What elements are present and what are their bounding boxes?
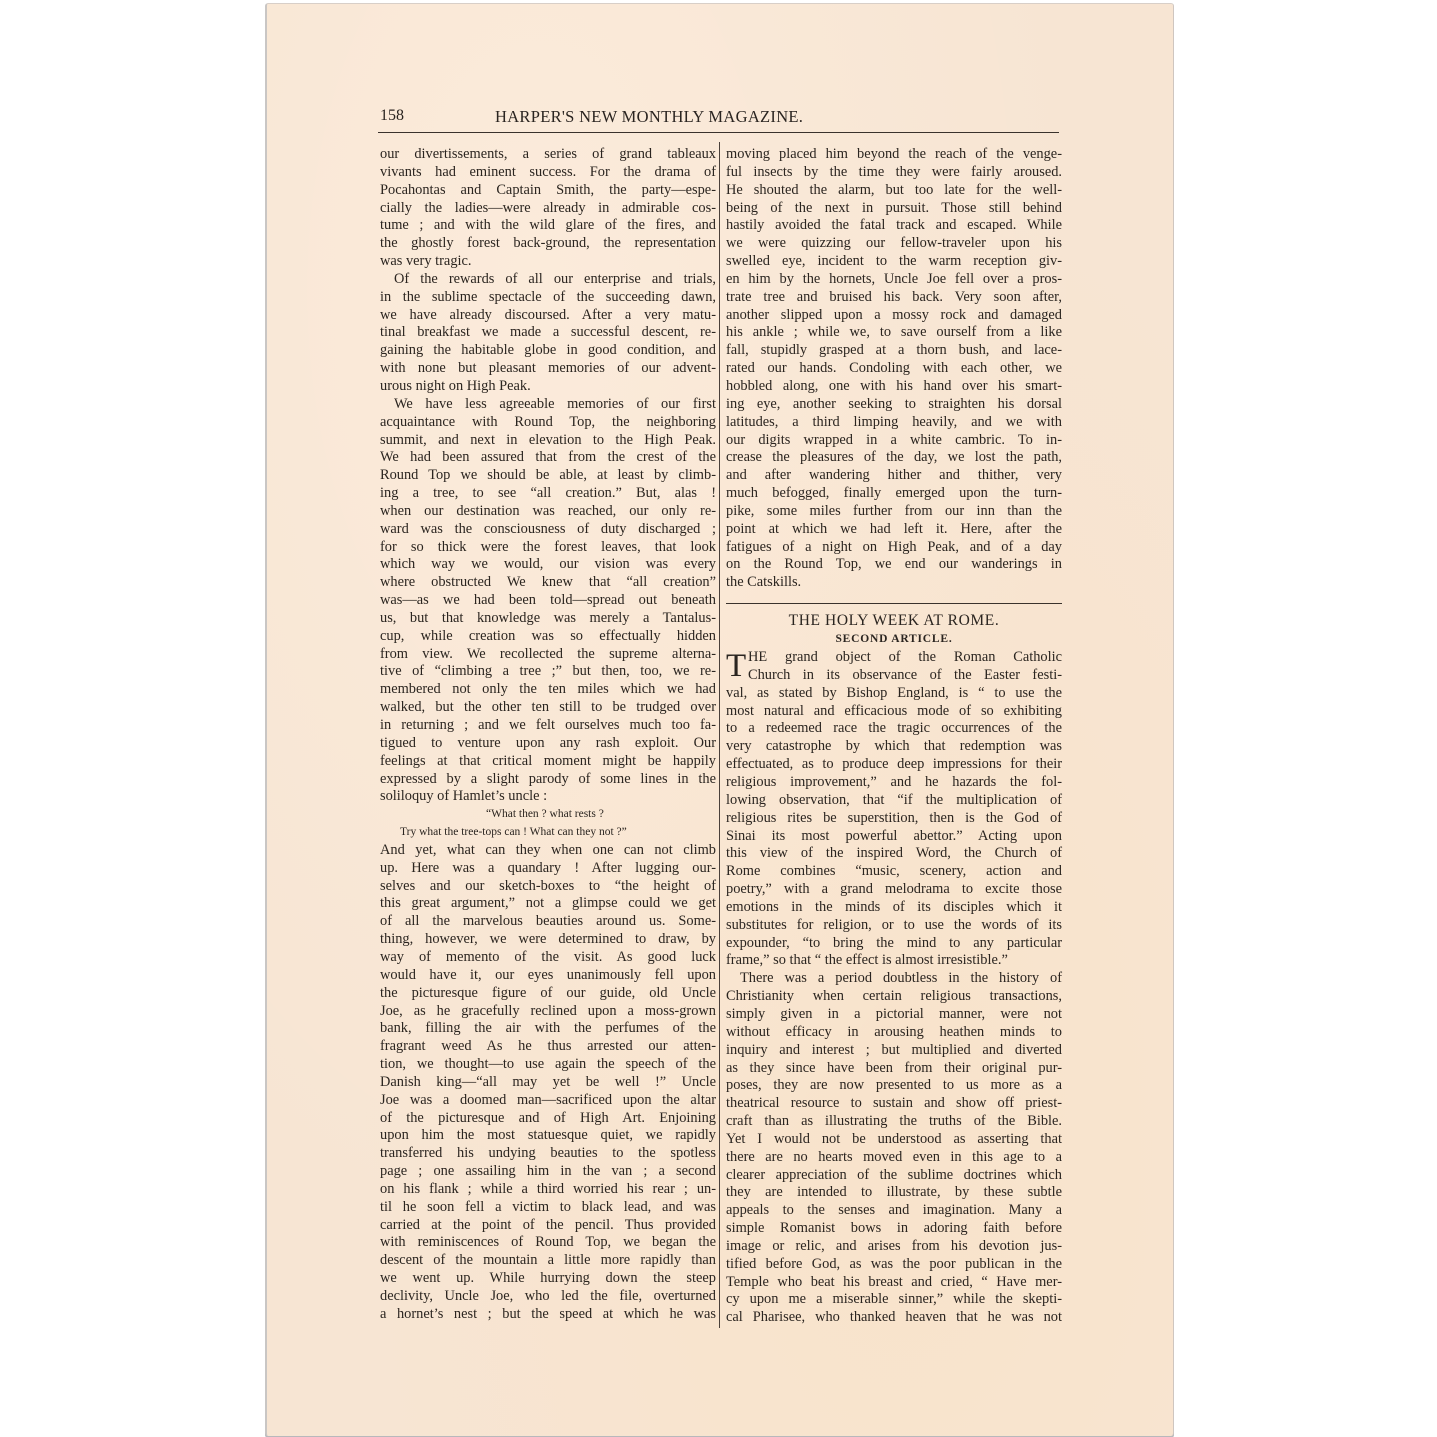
text-line: to a redeemed race the tragic occurrence… bbox=[726, 720, 1062, 738]
text-line: Joe was a doomed man—sacrificed upon the… bbox=[380, 1092, 716, 1110]
column-divider bbox=[719, 142, 720, 1328]
drop-cap: T bbox=[726, 650, 746, 683]
text-line: simple Romanist bows in adoring faith be… bbox=[726, 1220, 1062, 1238]
poem-line: Try what the tree-tops can ! What can th… bbox=[380, 824, 716, 842]
text-line: hastily avoided the fatal track and esca… bbox=[726, 217, 1062, 235]
text-line: cy upon me a miserable sinner,” while th… bbox=[726, 1291, 1062, 1309]
header-rule bbox=[378, 132, 1059, 133]
text-line: the ghostly forest back-ground, the repr… bbox=[380, 235, 716, 253]
text-line: on the Round Top, we end our wanderings … bbox=[726, 556, 1062, 574]
text-line: til he soon fell a victim to black lead,… bbox=[380, 1199, 716, 1217]
text-line: Temple who beat his breast and cried, “ … bbox=[726, 1274, 1062, 1292]
text-line: we went up. While hurrying down the stee… bbox=[380, 1270, 716, 1288]
left-column: our divertissements, a series of grand t… bbox=[380, 146, 716, 1324]
text-line: this great argument,” not a glimpse coul… bbox=[380, 895, 716, 913]
text-line: cially the ladies—were already in admira… bbox=[380, 200, 716, 218]
text-line: We have less agreeable memories of our f… bbox=[380, 396, 716, 414]
text-line: there are no hearts moved even in this a… bbox=[726, 1149, 1062, 1167]
text-line: our digits wrapped in a white cambric. T… bbox=[726, 432, 1062, 450]
text-line: when our destination was reached, our on… bbox=[380, 503, 716, 521]
text-line: transferred his undying beauties to the … bbox=[380, 1145, 716, 1163]
text-line: which way we would, our vision was every bbox=[380, 556, 716, 574]
text-line: effectuated, as to produce deep impressi… bbox=[726, 756, 1062, 774]
text-line: Church in its observance of the Easter f… bbox=[726, 667, 1062, 685]
text-line: vivants had eminent success. For the dra… bbox=[380, 164, 716, 182]
text-line: acquaintance with Round Top, the neighbo… bbox=[380, 414, 716, 432]
text-line: ward was the consciousness of duty disch… bbox=[380, 521, 716, 539]
text-line: another slipped upon a mossy rock and da… bbox=[726, 307, 1062, 325]
text-line: carried at the point of the pencil. Thus… bbox=[380, 1217, 716, 1235]
text-line: en him by the hornets, Uncle Joe fell ov… bbox=[726, 271, 1062, 289]
text-line: we have already discoursed. After a very… bbox=[380, 307, 716, 325]
running-title: HARPER'S NEW MONTHLY MAGAZINE. bbox=[495, 107, 803, 127]
text-line: emotions in the minds of its disciples w… bbox=[726, 899, 1062, 917]
text-line: with reminiscences of Round Top, we bega… bbox=[380, 1234, 716, 1252]
text-line: Danish king—“all may yet be well !” Uncl… bbox=[380, 1074, 716, 1092]
page-header: 158 HARPER'S NEW MONTHLY MAGAZINE. bbox=[380, 107, 1175, 133]
text-line: in returning ; and we felt ourselves muc… bbox=[380, 717, 716, 735]
text-line: bank, filling the air with the perfumes … bbox=[380, 1020, 716, 1038]
text-line: theatrical resource to sustain and show … bbox=[726, 1095, 1062, 1113]
text-line: tinal breakfast we made a successful des… bbox=[380, 324, 716, 342]
text-line: expressed by a slight parody of some lin… bbox=[380, 771, 716, 789]
text-line: for so thick were the forest leaves, tha… bbox=[380, 539, 716, 557]
section-rule bbox=[726, 594, 1062, 604]
poem-line: “What then ? what rests ? bbox=[380, 806, 716, 824]
magazine-page: 158 HARPER'S NEW MONTHLY MAGAZINE. our d… bbox=[265, 3, 1174, 1436]
text-line: walked, but the other ten still to be tr… bbox=[380, 699, 716, 717]
text-line: being of the next in pursuit. Those stil… bbox=[726, 200, 1062, 218]
text-line: religious improvement,” and he hazards t… bbox=[726, 774, 1062, 792]
text-line: a hornet’s nest ; but the speed at which… bbox=[380, 1306, 716, 1324]
text-line: ful insects by the time they were fairly… bbox=[726, 164, 1062, 182]
text-line: swelled eye, incident to the warm recept… bbox=[726, 253, 1062, 271]
text-line: up. Here was a quandary ! After lugging … bbox=[380, 860, 716, 878]
text-line: pike, some miles further from our inn th… bbox=[726, 503, 1062, 521]
text-line: selves and our sketch-boxes to “the heig… bbox=[380, 878, 716, 896]
text-line: with none but pleasant memories of our a… bbox=[380, 360, 716, 378]
text-line: He shouted the alarm, but too late for t… bbox=[726, 182, 1062, 200]
text-line: Of the rewards of all our enterprise and… bbox=[380, 271, 716, 289]
text-line: trate tree and bruised his back. Very so… bbox=[726, 289, 1062, 307]
text-line: summit, and next in elevation to the Hig… bbox=[380, 432, 716, 450]
text-line: clearer appreciation of the sublime doct… bbox=[726, 1167, 1062, 1185]
text-line: urous night on High Peak. bbox=[380, 378, 716, 396]
text-line: frame,” so that “ the effect is almost i… bbox=[726, 952, 1062, 970]
text-line: Joe, as he gracefully reclined upon a mo… bbox=[380, 1003, 716, 1021]
text-line: soliloquy of Hamlet’s uncle : bbox=[380, 788, 716, 806]
text-line: Sinai its most powerful abettor.” Acting… bbox=[726, 828, 1062, 846]
text-line: cal Pharisee, who thanked heaven that he… bbox=[726, 1309, 1062, 1327]
text-line: declivity, Uncle Joe, who led the file, … bbox=[380, 1288, 716, 1306]
text-line: hobbled along, one with his hand over hi… bbox=[726, 378, 1062, 396]
text-line: membered not only the ten miles which we… bbox=[380, 681, 716, 699]
text-line: they are intended to illustrate, by thes… bbox=[726, 1184, 1062, 1202]
text-line: and after wandering hither and thither, … bbox=[726, 467, 1062, 485]
text-line: simply given in a pictorial manner, were… bbox=[726, 1006, 1062, 1024]
text-line: substitutes for religion, or to use the … bbox=[726, 917, 1062, 935]
text-line: page ; one assailing him in the van ; a … bbox=[380, 1163, 716, 1181]
text-line: on his flank ; while a third worried his… bbox=[380, 1181, 716, 1199]
article-opening: T HE grand object of the Roman Catholic … bbox=[726, 649, 1062, 685]
text-line: poses, they are now presented to us more… bbox=[726, 1077, 1062, 1095]
text-line: appeals to the senses and imagination. M… bbox=[726, 1202, 1062, 1220]
text-line: would have it, our eyes unanimously fell… bbox=[380, 967, 716, 985]
text-line: was—as we had been told—spread out benea… bbox=[380, 592, 716, 610]
text-line: cup, while creation was so effectually h… bbox=[380, 628, 716, 646]
text-line: ing eye, another seeking to straighten h… bbox=[726, 396, 1062, 414]
text-line: tive of “climbing a tree ;” but then, to… bbox=[380, 663, 716, 681]
text-line: We had been assured that from the crest … bbox=[380, 449, 716, 467]
text-line: us, but that knowledge was merely a Tant… bbox=[380, 610, 716, 628]
text-line: much befogged, finally emerged upon the … bbox=[726, 485, 1062, 503]
text-line: of the picturesque and of High Art. Enjo… bbox=[380, 1110, 716, 1128]
text-line: lowing observation, that “if the multipl… bbox=[726, 792, 1062, 810]
text-line: our divertissements, a series of grand t… bbox=[380, 146, 716, 164]
text-line: was very tragic. bbox=[380, 253, 716, 271]
text-line: And yet, what can they when one can not … bbox=[380, 842, 716, 860]
text-line: upon him the most statuesque quiet, we r… bbox=[380, 1127, 716, 1145]
text-line: tume ; and with the wild glare of the fi… bbox=[380, 217, 716, 235]
text-line: Christianity when certain religious tran… bbox=[726, 988, 1062, 1006]
text-line: There was a period doubtless in the hist… bbox=[726, 970, 1062, 988]
text-line: descent of the mountain a little more ra… bbox=[380, 1252, 716, 1270]
text-line: as they since have been from their origi… bbox=[726, 1060, 1062, 1078]
text-line: where obstructed We knew that “all creat… bbox=[380, 574, 716, 592]
text-line: moving placed him beyond the reach of th… bbox=[726, 146, 1062, 164]
text-line: latitudes, a third limping heavily, and … bbox=[726, 414, 1062, 432]
text-line: from view. We recollected the supreme al… bbox=[380, 646, 716, 664]
text-line: fatigues of a night on High Peak, and of… bbox=[726, 539, 1062, 557]
text-line: fragrant weed As he thus arrested our at… bbox=[380, 1038, 716, 1056]
text-line: without efficacy in arousing heathen min… bbox=[726, 1024, 1062, 1042]
text-line: thing, however, we were determined to dr… bbox=[380, 931, 716, 949]
text-line: of all the marvelous beauties around us.… bbox=[380, 913, 716, 931]
text-line: the picturesque figure of our guide, old… bbox=[380, 985, 716, 1003]
page-number: 158 bbox=[380, 107, 404, 125]
text-line: very catastrophe by which that redemptio… bbox=[726, 738, 1062, 756]
text-line: feelings at that critical moment might b… bbox=[380, 753, 716, 771]
text-line: we were quizzing our fellow-traveler upo… bbox=[726, 235, 1062, 253]
text-line: point at which we had left it. Here, aft… bbox=[726, 521, 1062, 539]
text-line: gaining the habitable globe in good cond… bbox=[380, 342, 716, 360]
text-line: way of memento of the visit. As good luc… bbox=[380, 949, 716, 967]
text-line: tigued to venture upon any rash exploit.… bbox=[380, 735, 716, 753]
text-line: Pocahontas and Captain Smith, the party—… bbox=[380, 182, 716, 200]
text-line: inquiry and interest ; but multiplied an… bbox=[726, 1042, 1062, 1060]
text-line: rated our hands. Condoling with each oth… bbox=[726, 360, 1062, 378]
text-line: poetry,” with a grand melodrama to excit… bbox=[726, 881, 1062, 899]
text-line: HE grand object of the Roman Catholic bbox=[726, 649, 1062, 667]
text-line: ing a tree, to see “all creation.” But, … bbox=[380, 485, 716, 503]
text-line: expounder, “to bring the mind to any par… bbox=[726, 935, 1062, 953]
text-line: Yet I would not be understood as asserti… bbox=[726, 1131, 1062, 1149]
article-title: THE HOLY WEEK AT ROME. bbox=[726, 612, 1062, 631]
text-line: the Catskills. bbox=[726, 574, 1062, 592]
text-line: religious rites be superstition, then is… bbox=[726, 810, 1062, 828]
right-column: moving placed him beyond the reach of th… bbox=[726, 146, 1062, 1327]
text-line: val, as stated by Bishop England, is “ t… bbox=[726, 685, 1062, 703]
text-line: this view of the inspired Word, the Chur… bbox=[726, 845, 1062, 863]
text-line: in the sublime spectacle of the succeedi… bbox=[380, 289, 716, 307]
text-line: Rome combines “music, scenery, action an… bbox=[726, 863, 1062, 881]
text-line: tified before God, as was the poor publi… bbox=[726, 1256, 1062, 1274]
text-line: crease the pleasures of the day, we lost… bbox=[726, 449, 1062, 467]
article-subtitle: SECOND ARTICLE. bbox=[726, 631, 1062, 649]
text-line: most natural and efficacious mode of so … bbox=[726, 703, 1062, 721]
text-line: tion, we thought—to use again the speech… bbox=[380, 1056, 716, 1074]
text-line: craft than as illustrating the truths of… bbox=[726, 1113, 1062, 1131]
text-line: fall, stupidly grasped at a thorn bush, … bbox=[726, 342, 1062, 360]
text-line: image or relic, and arises from his devo… bbox=[726, 1238, 1062, 1256]
text-line: his ankle ; while we, to save ourself fr… bbox=[726, 324, 1062, 342]
text-line: Round Top we should be able, at least by… bbox=[380, 467, 716, 485]
